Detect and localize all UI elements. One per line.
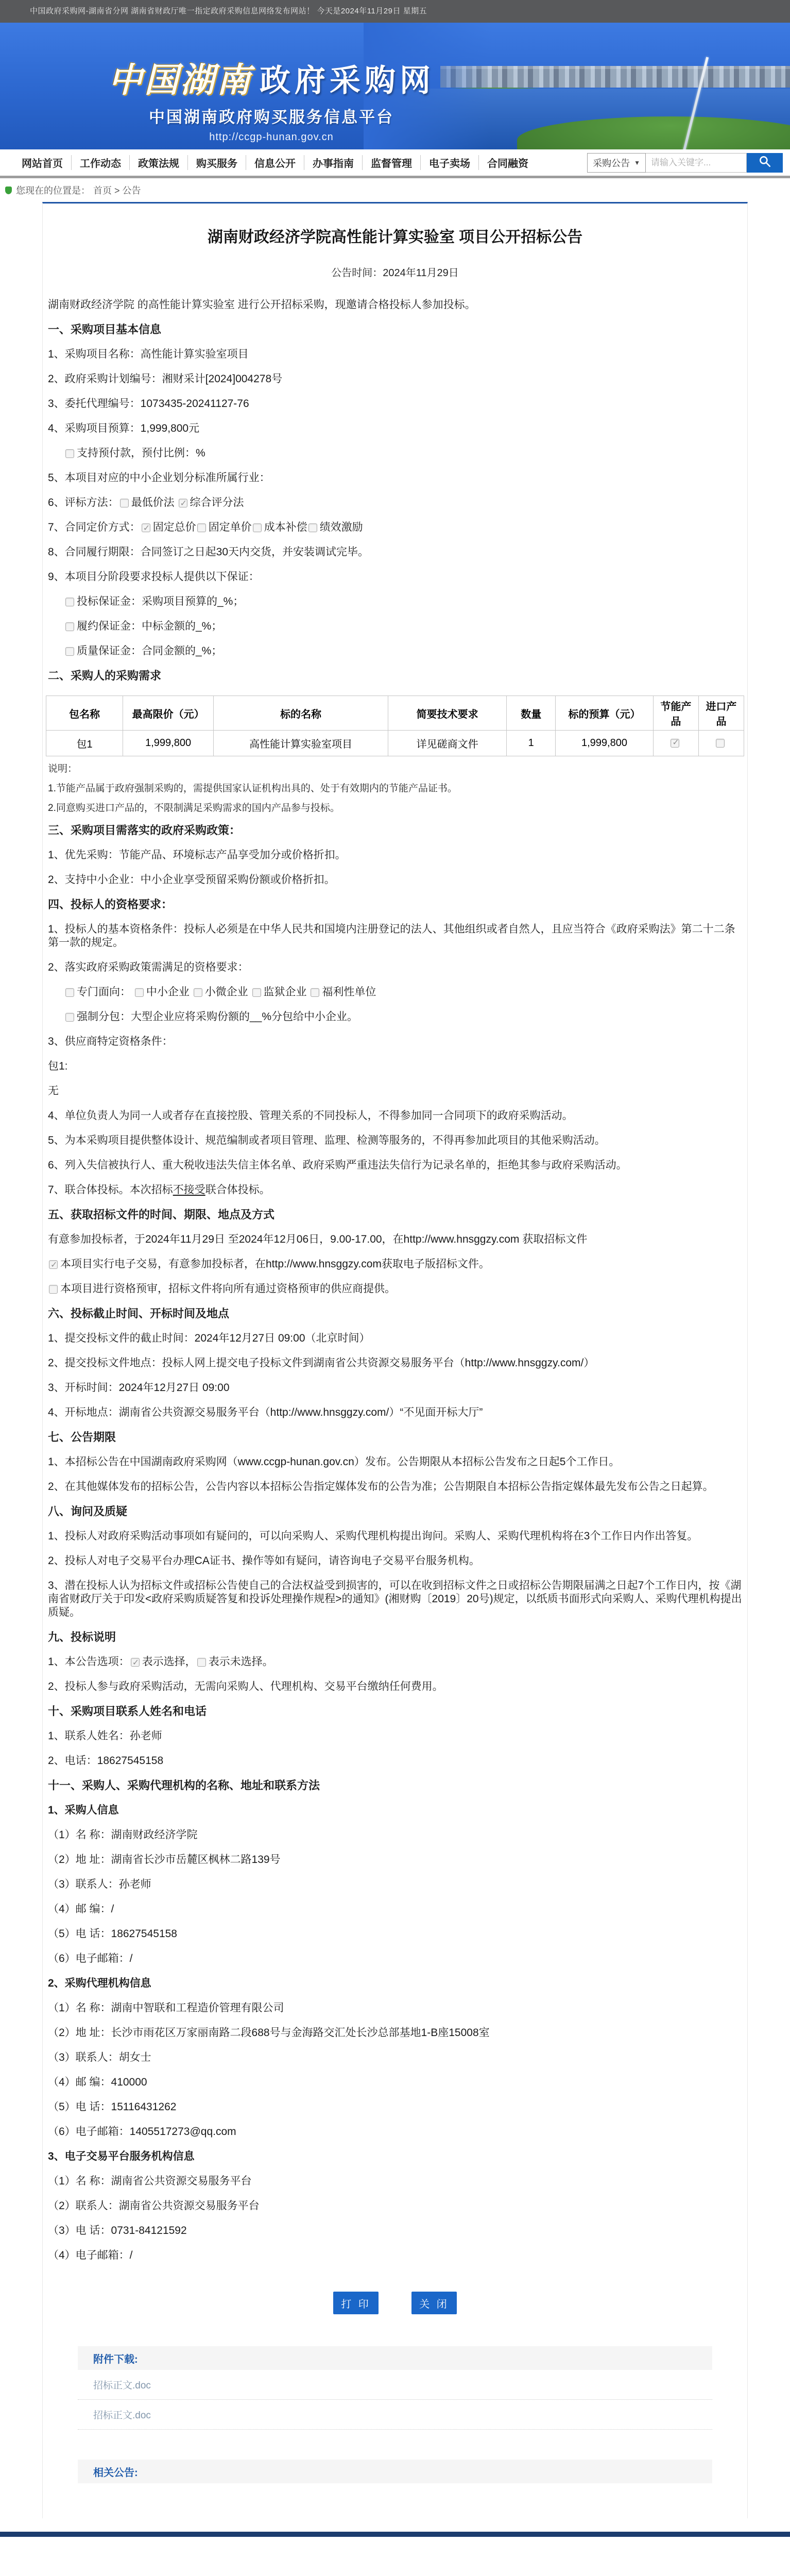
body-section-1: 湖南财政经济学院 的高性能计算实验室 进行公开招标采购，现邀请合格投标人参加投标… — [46, 293, 744, 688]
section-heading: 十一、采购人、采购代理机构的名称、地址和联系方法 — [46, 1773, 744, 1798]
search-category-value: 采购公告 — [593, 156, 630, 170]
body-paragraph: 有意参加投标者，于2024年11月29日 至2024年12月06日，9.00-1… — [46, 1227, 744, 1252]
main-navbar: 网站首页工作动态政策法规购买服务信息公开办事指南监督管理电子卖场合同融资 采购公… — [0, 149, 790, 178]
body-paragraph: 履约保证金：中标金额的_%； — [46, 614, 744, 639]
import-product-checkbox — [716, 739, 725, 748]
section-heading: 一、采购项目基本信息 — [46, 317, 744, 342]
search-category-select[interactable]: 采购公告 ▼ — [587, 153, 646, 173]
nav-item[interactable]: 电子卖场 — [421, 155, 479, 170]
print-button[interactable]: 打 印 — [333, 2292, 379, 2314]
attachments-section: 附件下载: 招标正文.doc招标正文.doc — [78, 2346, 712, 2430]
body-paragraph: 湖南财政经济学院 的高性能计算实验室 进行公开招标采购，现邀请合格投标人参加投标… — [46, 293, 744, 317]
body-paragraph: 2、电话：18627545158 — [46, 1749, 744, 1773]
cell-subject: 高性能计算实验室项目 — [214, 731, 388, 756]
sub-heading: 3、电子交易平台服务机构信息 — [46, 2144, 744, 2169]
body-paragraph: 1、采购项目名称：高性能计算实验室项目 — [46, 342, 744, 367]
site-banner: 中国湖南 政府采购网 中国湖南政府购买服务信息平台 http://ccgp-hu… — [0, 23, 790, 149]
top-info-text: 中国政府采购网-湖南省分网 湖南省财政厅唯一指定政府采购信息网络发布网站！ 今天… — [30, 7, 427, 15]
col-import: 进口产品 — [698, 696, 744, 731]
body-paragraph: （1）名 称：湖南省公共资源交易服务平台 — [46, 2169, 744, 2194]
body-paragraph: （1）名 称：湖南中智联和工程造价管理有限公司 — [46, 1996, 744, 2021]
body-paragraph: 2、投标人参与政府采购活动，无需向采购人、代理机构、交易平台缴纳任何费用。 — [46, 1674, 744, 1699]
sub-heading: 2、采购代理机构信息 — [46, 1971, 744, 1996]
energy-saving-checkbox — [671, 739, 679, 748]
action-buttons: 打 印 关 闭 — [46, 2292, 744, 2314]
body-paragraph: 2、在其他媒体发布的招标公告，公告内容以本招标公告指定媒体发布的公告为准；公告期… — [46, 1475, 744, 1499]
logo-calligraphy: 中国湖南 — [108, 63, 252, 97]
body-paragraph: （2）联系人：湖南省公共资源交易服务平台 — [46, 2194, 744, 2218]
col-max-price: 最高限价（元） — [123, 696, 214, 731]
body-paragraph: （3）联系人：孙老师 — [46, 1872, 744, 1897]
body-paragraph: 3、委托代理编号：1073435-20241127-76 — [46, 392, 744, 416]
body-paragraph: 1、优先采购：节能产品、环境标志产品享受加分或价格折扣。 — [46, 843, 744, 868]
body-paragraph: （5）电 话：15116431262 — [46, 2095, 744, 2120]
body-paragraph: 1、投标人对政府采购活动事项如有疑问的，可以向采购人、采购代理机构提出询问。采购… — [46, 1524, 744, 1549]
breadcrumb: 您现在的位置是： 首页 > 公告 — [0, 178, 790, 202]
attachment-row: 招标正文.doc — [78, 2370, 712, 2400]
body-paragraph: 1、本公告选项：表示选择，表示未选择。 — [46, 1650, 744, 1674]
body-paragraph: 1.节能产品属于政府强制采购的，需提供国家认证机构出具的、处于有效期内的节能产品… — [46, 779, 744, 799]
attachments-title: 附件下载: — [93, 2351, 138, 2366]
section-heading: 十、采购项目联系人姓名和电话 — [46, 1699, 744, 1724]
cell-max-price: 1,999,800 — [123, 731, 214, 756]
chevron-down-icon: ▼ — [634, 159, 640, 166]
body-paragraph: 6、评标方法：最低价法 综合评分法 — [46, 490, 744, 515]
body-paragraph: 无 — [46, 1079, 744, 1104]
top-info-bar: 中国政府采购网-湖南省分网 湖南省财政厅唯一指定政府采购信息网络发布网站！ 今天… — [0, 0, 790, 23]
body-paragraph: 7、合同定价方式：固定总价固定单价成本补偿绩效激励 — [46, 515, 744, 540]
body-paragraph: 6、列入失信被执行人、重大税收违法失信主体名单、政府采购严重违法失信行为记录名单… — [46, 1153, 744, 1178]
body-paragraph: 2、投标人对电子交易平台办理CA证书、操作等如有疑问，请咨询电子交易平台服务机构… — [46, 1549, 744, 1573]
nav-item[interactable]: 购买服务 — [188, 155, 246, 170]
location-icon — [5, 187, 12, 194]
body-paragraph: （5）电 话：18627545158 — [46, 1922, 744, 1946]
body-paragraph: （6）电子邮箱：/ — [46, 1946, 744, 1971]
site-url: http://ccgp-hunan.gov.cn — [108, 131, 435, 143]
section-heading: 八、询问及质疑 — [46, 1499, 744, 1524]
nav-item[interactable]: 合同融资 — [479, 155, 537, 170]
body-paragraph: 2、落实政府采购政策需满足的资格要求： — [46, 955, 744, 980]
section-heading: 二、采购人的采购需求 — [46, 664, 744, 688]
related-title: 相关公告: — [93, 2464, 138, 2479]
body-paragraph: （2）地 址：长沙市雨花区万家丽南路二段688号与金海路交汇处长沙总部基地1-B… — [46, 2021, 744, 2045]
body-paragraph: 4、单位负责人为同一人或者存在直接控股、管理关系的不同投标人，不得参加同一合同项… — [46, 1104, 744, 1128]
body-paragraph: 2.同意购买进口产品的，不限制满足采购需求的国内产品参与投标。 — [46, 799, 744, 818]
body-paragraph: 本项目实行电子交易，有意参加投标者，在http://www.hnsggzy.co… — [46, 1252, 744, 1277]
body-paragraph: 包1: — [46, 1054, 744, 1079]
body-paragraph: （4）邮 编：/ — [46, 1897, 744, 1922]
body-paragraph: 8、合同履行期限：合同签订之日起30天内交货，并安装调试完毕。 — [46, 540, 744, 565]
body-paragraph: 2、政府采购计划编号：湘财采计[2024]004278号 — [46, 367, 744, 392]
footer-bar — [0, 2532, 790, 2537]
body-paragraph: 5、为本采购项目提供整体设计、规范编制或者项目管理、监理、检测等服务的，不得再参… — [46, 1128, 744, 1153]
body-paragraph: 9、本项目分阶段要求投标人提供以下保证： — [46, 565, 744, 589]
col-budget: 标的预算（元） — [556, 696, 654, 731]
site-subtitle: 中国湖南政府购买服务信息平台 — [108, 104, 435, 127]
col-tech: 简要技术要求 — [388, 696, 506, 731]
body-paragraph: 2、提交投标文件地点：投标人网上提交电子投标文件到湖南省公共资源交易服务平台（h… — [46, 1351, 744, 1376]
body-section-2: 说明：1.节能产品属于政府强制采购的，需提供国家认证机构出具的、处于有效期内的节… — [46, 759, 744, 2268]
body-paragraph: 说明： — [46, 759, 744, 779]
col-package: 包名称 — [46, 696, 123, 731]
attachment-row: 招标正文.doc — [78, 2400, 712, 2430]
site-search: 采购公告 ▼ — [587, 153, 783, 173]
cell-qty: 1 — [507, 731, 556, 756]
section-heading: 九、投标说明 — [46, 1625, 744, 1650]
breadcrumb-label: 您现在的位置是： — [16, 183, 90, 197]
search-button[interactable] — [747, 153, 783, 173]
body-paragraph: 1、投标人的基本资格条件：投标人必须是在中华人民共和国境内注册登记的法人、其他组… — [46, 917, 744, 955]
table-row: 包1 1,999,800 高性能计算实验室项目 详见磋商文件 1 1,999,8… — [46, 731, 744, 756]
related-announcements-section: 相关公告: — [78, 2460, 712, 2498]
search-icon — [758, 155, 771, 171]
nav-item[interactable]: 信息公开 — [246, 155, 304, 170]
body-paragraph: 3、开标时间：2024年12月27日 09:00 — [46, 1376, 744, 1400]
body-paragraph: 投标保证金：采购项目预算的_%； — [46, 589, 744, 614]
close-button[interactable]: 关 闭 — [411, 2292, 457, 2314]
nav-item[interactable]: 网站首页 — [13, 155, 72, 170]
body-paragraph: 本项目进行资格预审，招标文件将向所有通过资格预审的供应商提供。 — [46, 1277, 744, 1301]
section-heading: 七、公告期限 — [46, 1425, 744, 1450]
body-paragraph: 7、联合体投标。本次招标不接受联合体投标。 — [46, 1178, 744, 1202]
nav-item[interactable]: 办事指南 — [304, 155, 363, 170]
body-paragraph: 3、供应商特定资格条件： — [46, 1029, 744, 1054]
body-paragraph: 1、本招标公告在中国湖南政府采购网（www.ccgp-hunan.gov.cn）… — [46, 1450, 744, 1475]
body-paragraph: （6）电子邮箱：1405517273@qq.com — [46, 2120, 744, 2144]
procurement-requirements-table: 包名称 最高限价（元） 标的名称 简要技术要求 数量 标的预算（元） 节能产品 … — [46, 696, 744, 756]
section-heading: 三、采购项目需落实的政府采购政策： — [46, 818, 744, 843]
body-paragraph: 3、潜在投标人认为招标文件或招标公告使自己的合法权益受到损害的，可以在收到招标文… — [46, 1573, 744, 1625]
body-paragraph: （2）地 址：湖南省长沙市岳麓区枫林二路139号 — [46, 1848, 744, 1872]
section-heading: 五、获取招标文件的时间、期限、地点及方式 — [46, 1202, 744, 1227]
table-header-row: 包名称 最高限价（元） 标的名称 简要技术要求 数量 标的预算（元） 节能产品 … — [46, 696, 744, 731]
col-subject: 标的名称 — [214, 696, 388, 731]
body-paragraph: （3）联系人：胡女士 — [46, 2045, 744, 2070]
attachment-link[interactable]: 招标正文.doc — [93, 2380, 151, 2391]
col-energy-saving: 节能产品 — [653, 696, 698, 731]
section-heading: 四、投标人的资格要求： — [46, 892, 744, 917]
nav-item[interactable]: 监督管理 — [363, 155, 421, 170]
body-paragraph: 支持预付款，预付比例：% — [46, 441, 744, 466]
page-title: 湖南财政经济学院高性能计算实验室 项目公开招标公告 — [46, 224, 744, 247]
sub-heading: 1、采购人信息 — [46, 1798, 744, 1823]
logo-title: 政府采购网 — [260, 65, 435, 97]
search-input[interactable] — [646, 153, 747, 173]
nav-item[interactable]: 政策法规 — [130, 155, 188, 170]
body-paragraph: 专门面向： 中小企业 小微企业 监狱企业 福利性单位 — [46, 980, 744, 1005]
cell-tech: 详见磋商文件 — [388, 731, 506, 756]
body-paragraph: 质量保证金：合同金额的_%； — [46, 639, 744, 664]
nav-item[interactable]: 工作动态 — [72, 155, 130, 170]
body-paragraph: （4）邮 编：410000 — [46, 2070, 744, 2095]
breadcrumb-path[interactable]: 首页 > 公告 — [93, 183, 141, 197]
body-paragraph: 1、提交投标文件的截止时间：2024年12月27日 09:00（北京时间） — [46, 1326, 744, 1351]
main-nav: 网站首页工作动态政策法规购买服务信息公开办事指南监督管理电子卖场合同融资 — [13, 155, 537, 170]
body-paragraph: （4）电子邮箱：/ — [46, 2243, 744, 2268]
body-paragraph: 1、联系人姓名：孙老师 — [46, 1724, 744, 1749]
site-logo: 中国湖南 政府采购网 中国湖南政府购买服务信息平台 http://ccgp-hu… — [108, 63, 435, 143]
attachments-list: 招标正文.doc招标正文.doc — [78, 2370, 712, 2430]
body-paragraph: 强制分包：大型企业应将采购份额的__%分包给中小企业。 — [46, 1005, 744, 1029]
body-paragraph: 2、支持中小企业：中小企业享受预留采购份额或价格折扣。 — [46, 868, 744, 892]
body-paragraph: （1）名 称：湖南财政经济学院 — [46, 1823, 744, 1848]
section-heading: 六、投标截止时间、开标时间及地点 — [46, 1301, 744, 1326]
body-paragraph: 4、开标地点：湖南省公共资源交易服务平台（http://www.hnsggzy.… — [46, 1400, 744, 1425]
cell-budget: 1,999,800 — [556, 731, 654, 756]
publish-time: 公告时间：2024年11月29日 — [46, 264, 744, 279]
body-paragraph: 5、本项目对应的中小企业划分标准所属行业： — [46, 466, 744, 490]
attachment-link[interactable]: 招标正文.doc — [93, 2410, 151, 2421]
announcement-article: 湖南财政经济学院高性能计算实验室 项目公开招标公告 公告时间：2024年11月2… — [42, 202, 748, 2518]
body-paragraph: （3）电 话：0731-84121592 — [46, 2218, 744, 2243]
col-qty: 数量 — [507, 696, 556, 731]
cell-package: 包1 — [46, 731, 123, 756]
body-paragraph: 4、采购项目预算：1,999,800元 — [46, 416, 744, 441]
